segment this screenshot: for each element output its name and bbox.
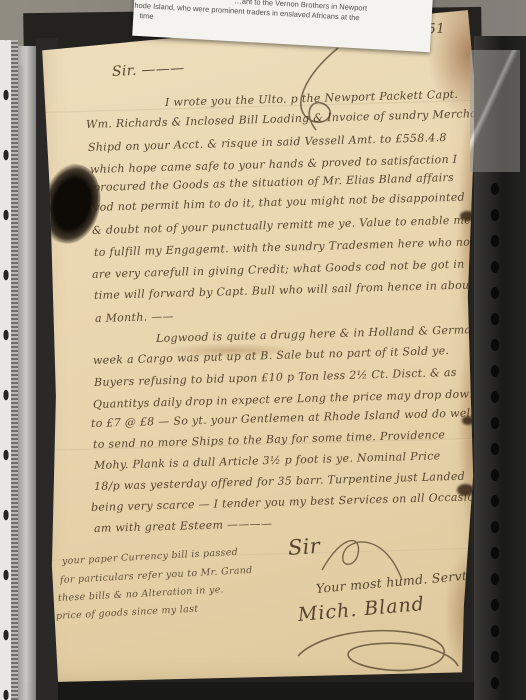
binder-rail-holes — [486, 176, 504, 700]
postscript-line: price of goods since my last — [56, 604, 199, 622]
letter-line: 18/p was yesterday offered for 35 barr. … — [94, 470, 465, 493]
letter-line: to fulfill my Engagemt. with the sundry … — [94, 235, 480, 259]
letter-line: Logwood is quite a drugg here & in Holla… — [156, 322, 513, 345]
letter-page: Messrs. Samll. & Will. Vernon London 19 … — [36, 6, 478, 688]
letter-line: Shipd on your Acct. & risque in said Ves… — [88, 131, 447, 154]
letter-line: Buyers refusing to bid upon £10 p Ton le… — [94, 366, 457, 389]
letter-line: to £7 @ £8 — So yt. your Gentlemen at Rh… — [91, 406, 475, 430]
postscript-line: your paper Currency bill is passed — [62, 547, 239, 567]
right-binder-rail — [474, 36, 526, 700]
left-serrated-sleeve-edge — [11, 40, 18, 700]
letter-line: wod not permit him to do it, that you mi… — [90, 191, 465, 214]
letter-line: week a Cargo was put up at B. Sale but n… — [93, 344, 450, 367]
left-plastic-sleeve-edge — [18, 46, 36, 700]
letter-line: & doubt not of your punctually remitt me… — [92, 213, 471, 237]
signature: Mich. Bland — [297, 593, 426, 626]
postscript-line: these bills & no Alteration in ye. — [58, 584, 225, 604]
letter-line: being very scarce — I tender you my best… — [91, 490, 502, 514]
letter-line: to send no more Ships to the Bay for som… — [93, 428, 446, 451]
plastic-sheen — [470, 50, 520, 172]
signature-flourish — [284, 626, 464, 678]
letter-line: a Month. —— — [95, 310, 174, 325]
letter-line: time will forward by Capt. Bull who will… — [94, 278, 475, 302]
bottom-shadow-band — [0, 682, 526, 700]
closing-sir: Sir — [287, 534, 321, 560]
photo-of-letter-in-sleeve: Messrs. Samll. & Will. Vernon London 19 … — [0, 0, 526, 700]
left-binder-strip-with-holes — [0, 40, 11, 700]
postscript-line: for particulars refer you to Mr. Grand — [60, 565, 253, 586]
letter-line: are very carefull in giving Credit; what… — [92, 258, 465, 281]
letter-line: Mohy. Plank is a dull Article 3½ p foot … — [94, 449, 441, 472]
salutation: Sir. ——— — [112, 60, 185, 80]
letter-line: am with great Esteem ———— — [94, 517, 273, 535]
